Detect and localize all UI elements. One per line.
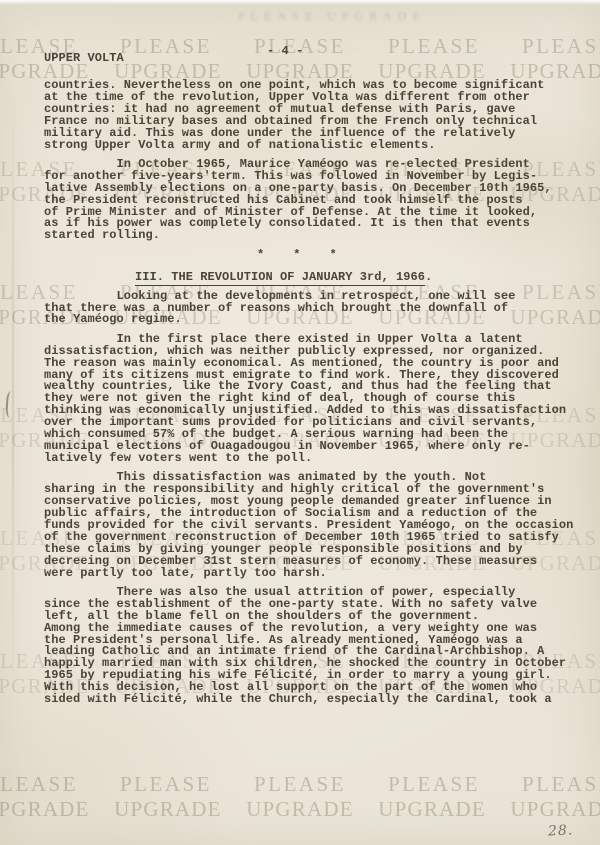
watermark-word: PLEASE <box>388 34 480 59</box>
watermark-word: UPGRADE <box>378 797 486 822</box>
bleed-through-ghost: PLEASE UPGRADE <box>238 9 498 24</box>
section-heading-period: . <box>425 270 432 284</box>
scanned-page: PLEASE UPGRADE PLEASEPLEASEPLEASEPLEASEP… <box>0 5 600 845</box>
section-heading-text: III. THE REVOLUTION OF JANUARY 3rd, 1966 <box>135 270 425 286</box>
watermark-word: PLEASE <box>254 772 346 797</box>
section-separator: * * * <box>257 250 589 262</box>
paragraph-3: Looking at the developments in retrospec… <box>44 291 589 327</box>
watermark-word: PLEASE <box>522 772 600 797</box>
watermark-band: PLEASEPLEASEPLEASEPLEASEPLEASEUPGRADEUPG… <box>0 772 600 824</box>
document-body: countries. Nevertheless on one point, wh… <box>44 80 589 714</box>
watermark-row: PLEASEPLEASEPLEASEPLEASEPLEASE <box>0 772 600 797</box>
section-heading: III. THE REVOLUTION OF JANUARY 3rd, 1966… <box>135 272 589 284</box>
document-title: UPPER VOLTA <box>44 53 124 65</box>
paragraph-5: This dissatisfaction was animated by the… <box>44 472 589 579</box>
watermark-word: PLEASE <box>388 772 480 797</box>
watermark-word: UPGRADE <box>0 797 90 822</box>
watermark-row: UPGRADEUPGRADEUPGRADEUPGRADEUPGRADE <box>0 797 600 822</box>
page-number: - 4 - <box>267 46 303 58</box>
watermark-word: PLEASE <box>0 772 78 797</box>
paragraph-2: In October 1965, Maurice Yaméogo was re-… <box>44 159 589 242</box>
paragraph-6: There was also the usual attrition of po… <box>44 587 589 706</box>
watermark-word: UPGRADE <box>510 797 600 822</box>
watermark-word: PLEASE <box>120 772 212 797</box>
ink-mark <box>5 391 15 418</box>
watermark-word: PLEASE <box>120 34 212 59</box>
paragraph-4: In the first place there existed in Uppe… <box>44 334 589 465</box>
watermark-word: UPGRADE <box>114 797 222 822</box>
paragraph-1: countries. Nevertheless on one point, wh… <box>44 80 589 151</box>
watermark-word: PLEASE <box>522 34 600 59</box>
watermark-word: UPGRADE <box>246 797 354 822</box>
handwritten-page-number: 28. <box>548 822 574 839</box>
